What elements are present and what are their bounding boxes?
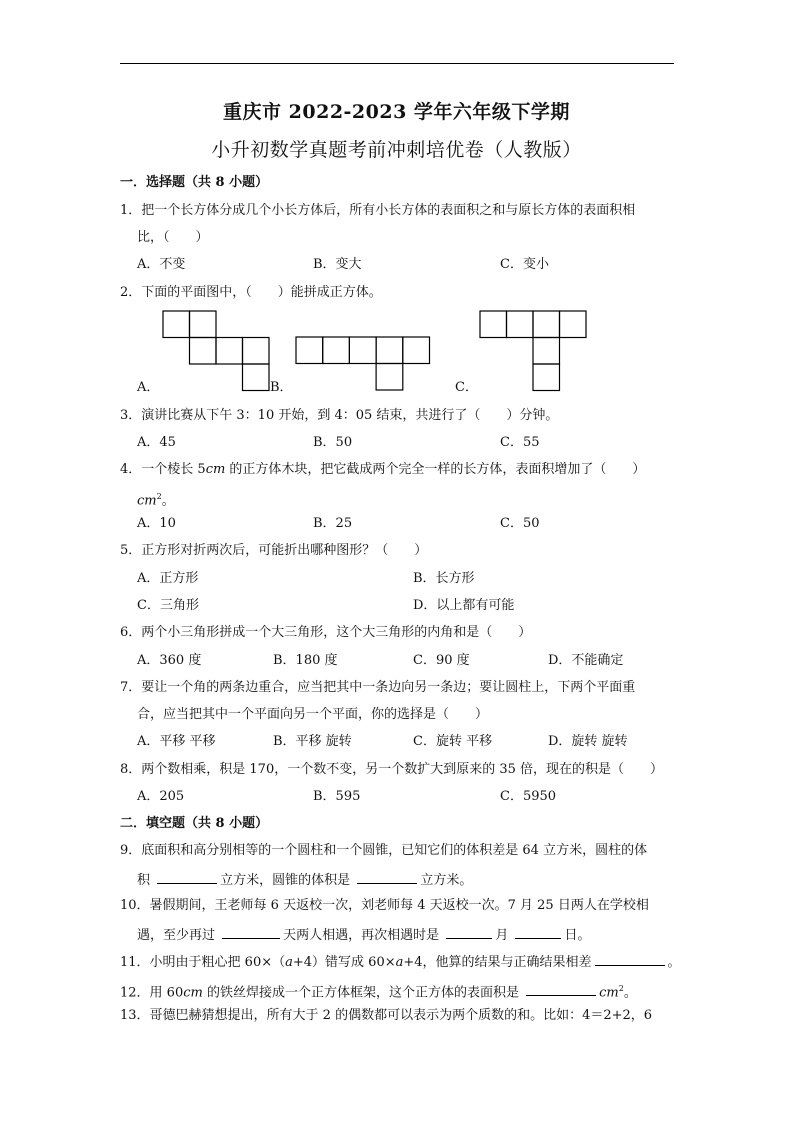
question-9-line-2: 积 立方米，圆锥的体积是 立方米。 [137, 871, 472, 889]
question-10-line-2: 遇，至少再过 天两人相遇，再次相遇时是 月 日。 [137, 926, 590, 944]
unit-cm: cm [183, 985, 203, 1000]
question-3-line-1: 3．演讲比赛从下午 3：10 开始，到 4：05 结束，共进行了（ ）分钟。 [120, 408, 558, 424]
question-4-line-2: cm2。 [137, 489, 175, 509]
question-4-option-a[interactable]: A．10 [137, 516, 176, 532]
question-6-option-a[interactable]: A．360 度 [137, 653, 201, 669]
question-2-option-a[interactable]: A． [137, 380, 159, 396]
question-1-line-2: 比，（ ） [137, 230, 209, 246]
question-12-text-b: 的铁丝焊接成一个正方体框架，这个正方体的表面积是 [203, 985, 519, 1000]
answer-blank-difference[interactable] [595, 953, 665, 966]
question-7-option-d[interactable]: D．旋转 旋转 [548, 734, 628, 750]
question-4-text-b: 的正方体木块，把它截成两个完全一样的长方体，表面积增加了（ ） [225, 462, 645, 477]
section-heading-choice: 一．选择题（共 8 小题） [120, 175, 268, 191]
question-3-option-c[interactable]: C．55 [500, 435, 540, 451]
question-5-line-1: 5．正方形对折两次后，可能折出哪种图形？（ ） [120, 543, 427, 559]
cube-net-figure-c [479, 310, 591, 394]
cube-net-figure-a [162, 310, 272, 394]
question-12-text-a: 12．用 60 [120, 985, 183, 1000]
question-5-option-d[interactable]: D．以上都有可能 [413, 598, 514, 614]
question-2-option-b[interactable]: B． [270, 380, 293, 396]
question-13-line-1: 13．哥德巴赫猜想提出，所有大于 2 的偶数都可以表示为两个质数的和。比如：4＝… [120, 1008, 652, 1024]
question-1-option-c[interactable]: C．变小 [500, 257, 549, 273]
question-4-option-b[interactable]: B．25 [313, 516, 352, 532]
cube-net-figure-b [295, 336, 433, 394]
question-1-option-a[interactable]: A．不变 [137, 257, 185, 273]
question-7-option-b[interactable]: B．平移 旋转 [273, 734, 352, 750]
unit-cm: cm [137, 493, 157, 508]
question-5-option-c[interactable]: C．三角形 [137, 598, 199, 614]
question-6-option-d[interactable]: D．不能确定 [548, 653, 623, 669]
variable-a: a [285, 955, 293, 970]
question-7-line-1: 7．要让一个角的两条边重合，应当把其中一条边向另一条边；要让圆柱上，下两个平面重 [120, 680, 635, 696]
question-11-line-1: 11．小明由于粗心把 60×（a+4）错写成 60×a+4，他算的结果与正确结果… [120, 953, 681, 971]
question-7-option-a[interactable]: A．平移 平移 [137, 734, 216, 750]
question-6-line-1: 6．两个小三角形拼成一个大三角形，这个大三角形的内角和是（ ） [120, 625, 531, 641]
question-5-option-a[interactable]: A．正方形 [137, 571, 198, 587]
question-10-text-a: 遇，至少再过 [137, 928, 215, 943]
question-6-option-b[interactable]: B．180 度 [273, 653, 338, 669]
section-heading-fill-in: 二．填空题（共 8 小题） [120, 816, 268, 832]
question-8-line-1: 8．两个数相乘，积是 170，一个数不变，另一个数扩大到原来的 35 倍，现在的… [120, 762, 663, 778]
question-3-option-a[interactable]: A．45 [137, 435, 176, 451]
question-10-text-b: 天两人相遇，再次相遇时是 [283, 928, 439, 943]
question-1-option-b[interactable]: B．变大 [313, 257, 362, 273]
question-8-option-b[interactable]: B．595 [313, 789, 360, 805]
question-3-option-b[interactable]: B．50 [313, 435, 352, 451]
page-title: 重庆市 2022-2023 学年六年级下学期 [0, 97, 793, 124]
question-9-line-1: 9．底面积和高分别相等的一个圆柱和一个圆锥，已知它们的体积差是 64 立方米，圆… [120, 843, 647, 859]
question-12-line-1: 12．用 60cm 的铁丝焊接成一个正方体框架，这个正方体的表面积是 cm2。 [120, 981, 637, 1001]
page-subtitle: 小升初数学真题考前冲刺培优卷（人教版） [0, 135, 793, 162]
question-11-period: 。 [668, 955, 681, 970]
header-rule [120, 63, 674, 64]
question-8-option-a[interactable]: A．205 [137, 789, 184, 805]
question-11-text-a: 11．小明由于粗心把 60×（ [120, 955, 285, 970]
unit-cm: cm [206, 462, 226, 477]
question-7-line-2: 合，应当把其中一个平面向另一个平面，你的选择是（ ） [137, 707, 488, 723]
question-9-text-a: 积 [137, 873, 150, 888]
question-11-text-c: +4，他算的结果与正确结果相差 [403, 955, 591, 970]
answer-blank-day[interactable] [515, 926, 561, 939]
question-6-option-c[interactable]: C．90 度 [413, 653, 470, 669]
question-8-option-c[interactable]: C．5950 [500, 789, 556, 805]
question-10-text-d: 日。 [564, 928, 590, 943]
question-11-text-b: +4）错写成 60× [293, 955, 396, 970]
question-9-text-c: 立方米。 [420, 873, 472, 888]
answer-blank-cone-volume[interactable] [357, 871, 417, 884]
question-2-option-c[interactable]: C． [455, 380, 478, 396]
question-5-option-b[interactable]: B．长方形 [413, 571, 475, 587]
answer-blank-days[interactable] [222, 926, 280, 939]
question-9-text-b: 立方米，圆锥的体积是 [220, 873, 350, 888]
question-2-line-1: 2．下面的平面图中，（ ）能拼成正方体。 [120, 285, 382, 301]
question-10-text-c: 月 [495, 928, 508, 943]
unit-cm: cm [599, 985, 619, 1000]
question-12-period: 。 [624, 985, 637, 1000]
answer-blank-month[interactable] [446, 926, 492, 939]
answer-blank-cylinder-volume[interactable] [157, 871, 217, 884]
answer-blank-surface-area[interactable] [526, 983, 596, 996]
question-4-period: 。 [162, 493, 175, 508]
question-4-text-a: 4．一个棱长 5 [120, 462, 206, 477]
question-10-line-1: 10．暑假期间，王老师每 6 天返校一次，刘老师每 4 天返校一次。7 月 25… [120, 898, 649, 914]
question-4-line-1: 4．一个棱长 5cm 的正方体木块，把它截成两个完全一样的长方体，表面积增加了（… [120, 462, 645, 478]
question-4-option-c[interactable]: C．50 [500, 516, 540, 532]
question-7-option-c[interactable]: C．旋转 平移 [413, 734, 492, 750]
question-1-line-1: 1．把一个长方体分成几个小长方体后，所有小长方体的表面积之和与原长方体的表面积相 [120, 203, 635, 219]
